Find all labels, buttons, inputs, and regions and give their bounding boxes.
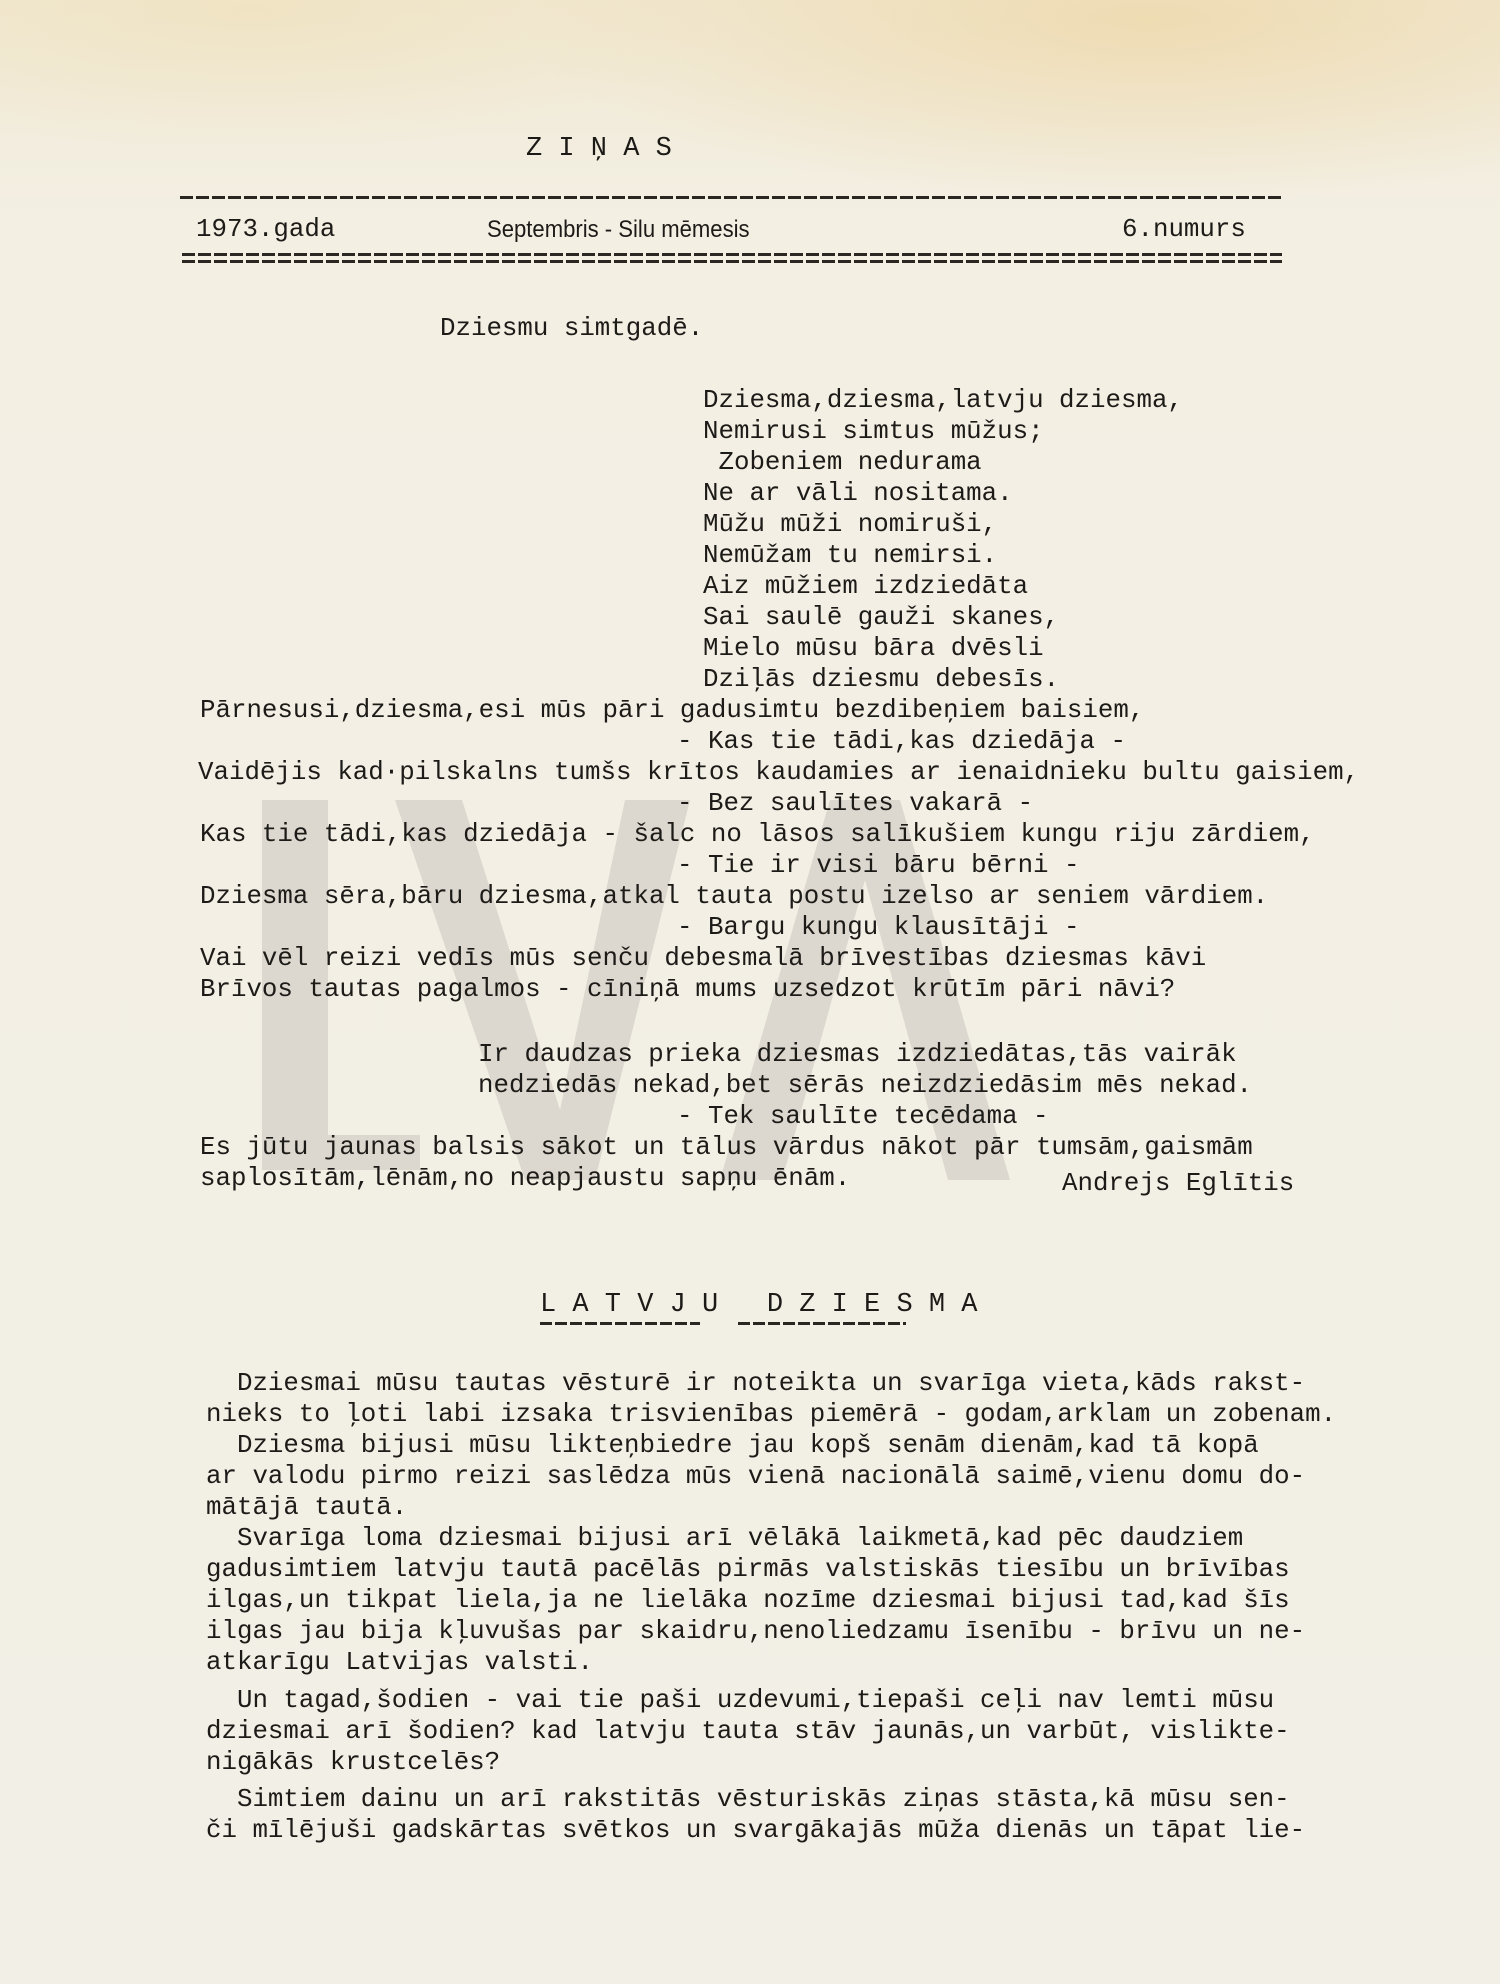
article-line: nigākās krustcelēs? <box>206 1747 500 1778</box>
poem-line: Dziesma,dziesma,latvju dziesma, <box>703 385 1183 416</box>
poem-heading: Dziesmu simtgadē. <box>440 313 703 344</box>
article-line: ilgas,un tikpat liela,ja ne lielāka nozī… <box>206 1585 1290 1616</box>
masthead-top-rule <box>180 196 1282 199</box>
closing-line: nedziedās nekad,bet sērās neizdziedāsim … <box>478 1070 1252 1101</box>
verse-line: Pārnesusi,dziesma,esi mūs pāri gadusimtu… <box>200 695 1144 726</box>
article-line: ar valodu pirmo reizi saslēdza mūs vienā… <box>206 1461 1305 1492</box>
issue-number: 6.numurs <box>1122 214 1246 245</box>
verse-line: Dziesma sēra,bāru dziesma,atkal tauta po… <box>200 881 1268 912</box>
issue-month: Septembris - Silu mēmesis <box>487 214 750 245</box>
poem-line: Nemirusi simtus mūžus; <box>703 416 1044 447</box>
verse-line: Vaidējis kad·pilskalns tumšs krītos kaud… <box>198 757 1359 788</box>
verse-line: Vai vēl reizi vedīs mūs senču debesmalā … <box>200 943 1206 974</box>
verse-line: Kas tie tādi,kas dziedāja - šalc no lāso… <box>200 819 1315 850</box>
verse-refrain: - Kas tie tādi,kas dziedāja - <box>677 726 1126 757</box>
verse-refrain: - Bargu kungu klausītāji - <box>677 912 1080 943</box>
article-line: mātājā tautā. <box>206 1492 407 1523</box>
article-line: Un tagad,šodien - vai tie paši uzdevumi,… <box>206 1685 1274 1716</box>
verse-line: Brīvos tautas pagalmos - cīniņā mums uzs… <box>200 974 1175 1005</box>
article-line: atkarīgu Latvijas valsti. <box>206 1647 593 1678</box>
issue-year: 1973.gada <box>196 214 335 245</box>
newsletter-title: Z I Ņ A S <box>526 134 672 164</box>
poem-line: Mielo mūsu bāra dvēsli <box>703 633 1044 664</box>
poem-line: Mūžu mūži nomiruši, <box>703 509 997 540</box>
article-line: či mīlējuši gadskārtas svētkos un svargā… <box>206 1815 1305 1846</box>
article-line: Dziesma bijusi mūsu likteņbiedre jau kop… <box>206 1430 1259 1461</box>
verse-refrain: - Tie ir visi bāru bērni - <box>677 850 1080 881</box>
poem-line: Nemūžam tu nemirsi. <box>703 540 997 571</box>
poem-line: Aiz mūžiem izdziedāta <box>703 571 1028 602</box>
article-line: Dziesmai mūsu tautas vēsturē ir noteikta… <box>206 1368 1305 1399</box>
final-line: saplosītām,lēnām,no neapjaustu sapņu ēnā… <box>200 1163 850 1194</box>
article-line: Simtiem dainu un arī rakstitās vēsturisk… <box>206 1784 1290 1815</box>
article-line: nieks to ļoti labi izsaka trisvienības p… <box>206 1399 1336 1430</box>
heading-underline-left <box>540 1322 700 1325</box>
final-refrain: - Tek saulīte tecēdama - <box>677 1101 1049 1132</box>
article-line: Svarīga loma dziesmai bijusi arī vēlākā … <box>206 1523 1243 1554</box>
article-heading: L A T V J U D Z I E S M A <box>540 1290 977 1321</box>
poem-line: Ne ar vāli nositama. <box>703 478 1013 509</box>
masthead-double-rule-bottom <box>182 260 1282 263</box>
article-line: dziesmai arī šodien? kad latvju tauta st… <box>206 1716 1290 1747</box>
poem-line: Zobeniem nedurama <box>703 447 982 478</box>
article-line: ilgas jau bija kļuvušas par skaidru,neno… <box>206 1616 1305 1647</box>
heading-underline-right <box>738 1322 906 1325</box>
poem-author: Andrejs Eglītis <box>1062 1168 1294 1199</box>
final-line: Es jūtu jaunas balsis sākot un tālus vār… <box>200 1132 1253 1163</box>
poem-line: Dziļās dziesmu debesīs. <box>703 664 1059 695</box>
article-line: gadusimtiem latvju tautā pacēlās pirmās … <box>206 1554 1290 1585</box>
masthead-double-rule-top <box>182 253 1282 256</box>
poem-line: Sai saulē gauži skanes, <box>703 602 1059 633</box>
verse-refrain: - Bez saulītes vakarā - <box>677 788 1033 819</box>
closing-line: Ir daudzas prieka dziesmas izdziedātas,t… <box>478 1039 1237 1070</box>
